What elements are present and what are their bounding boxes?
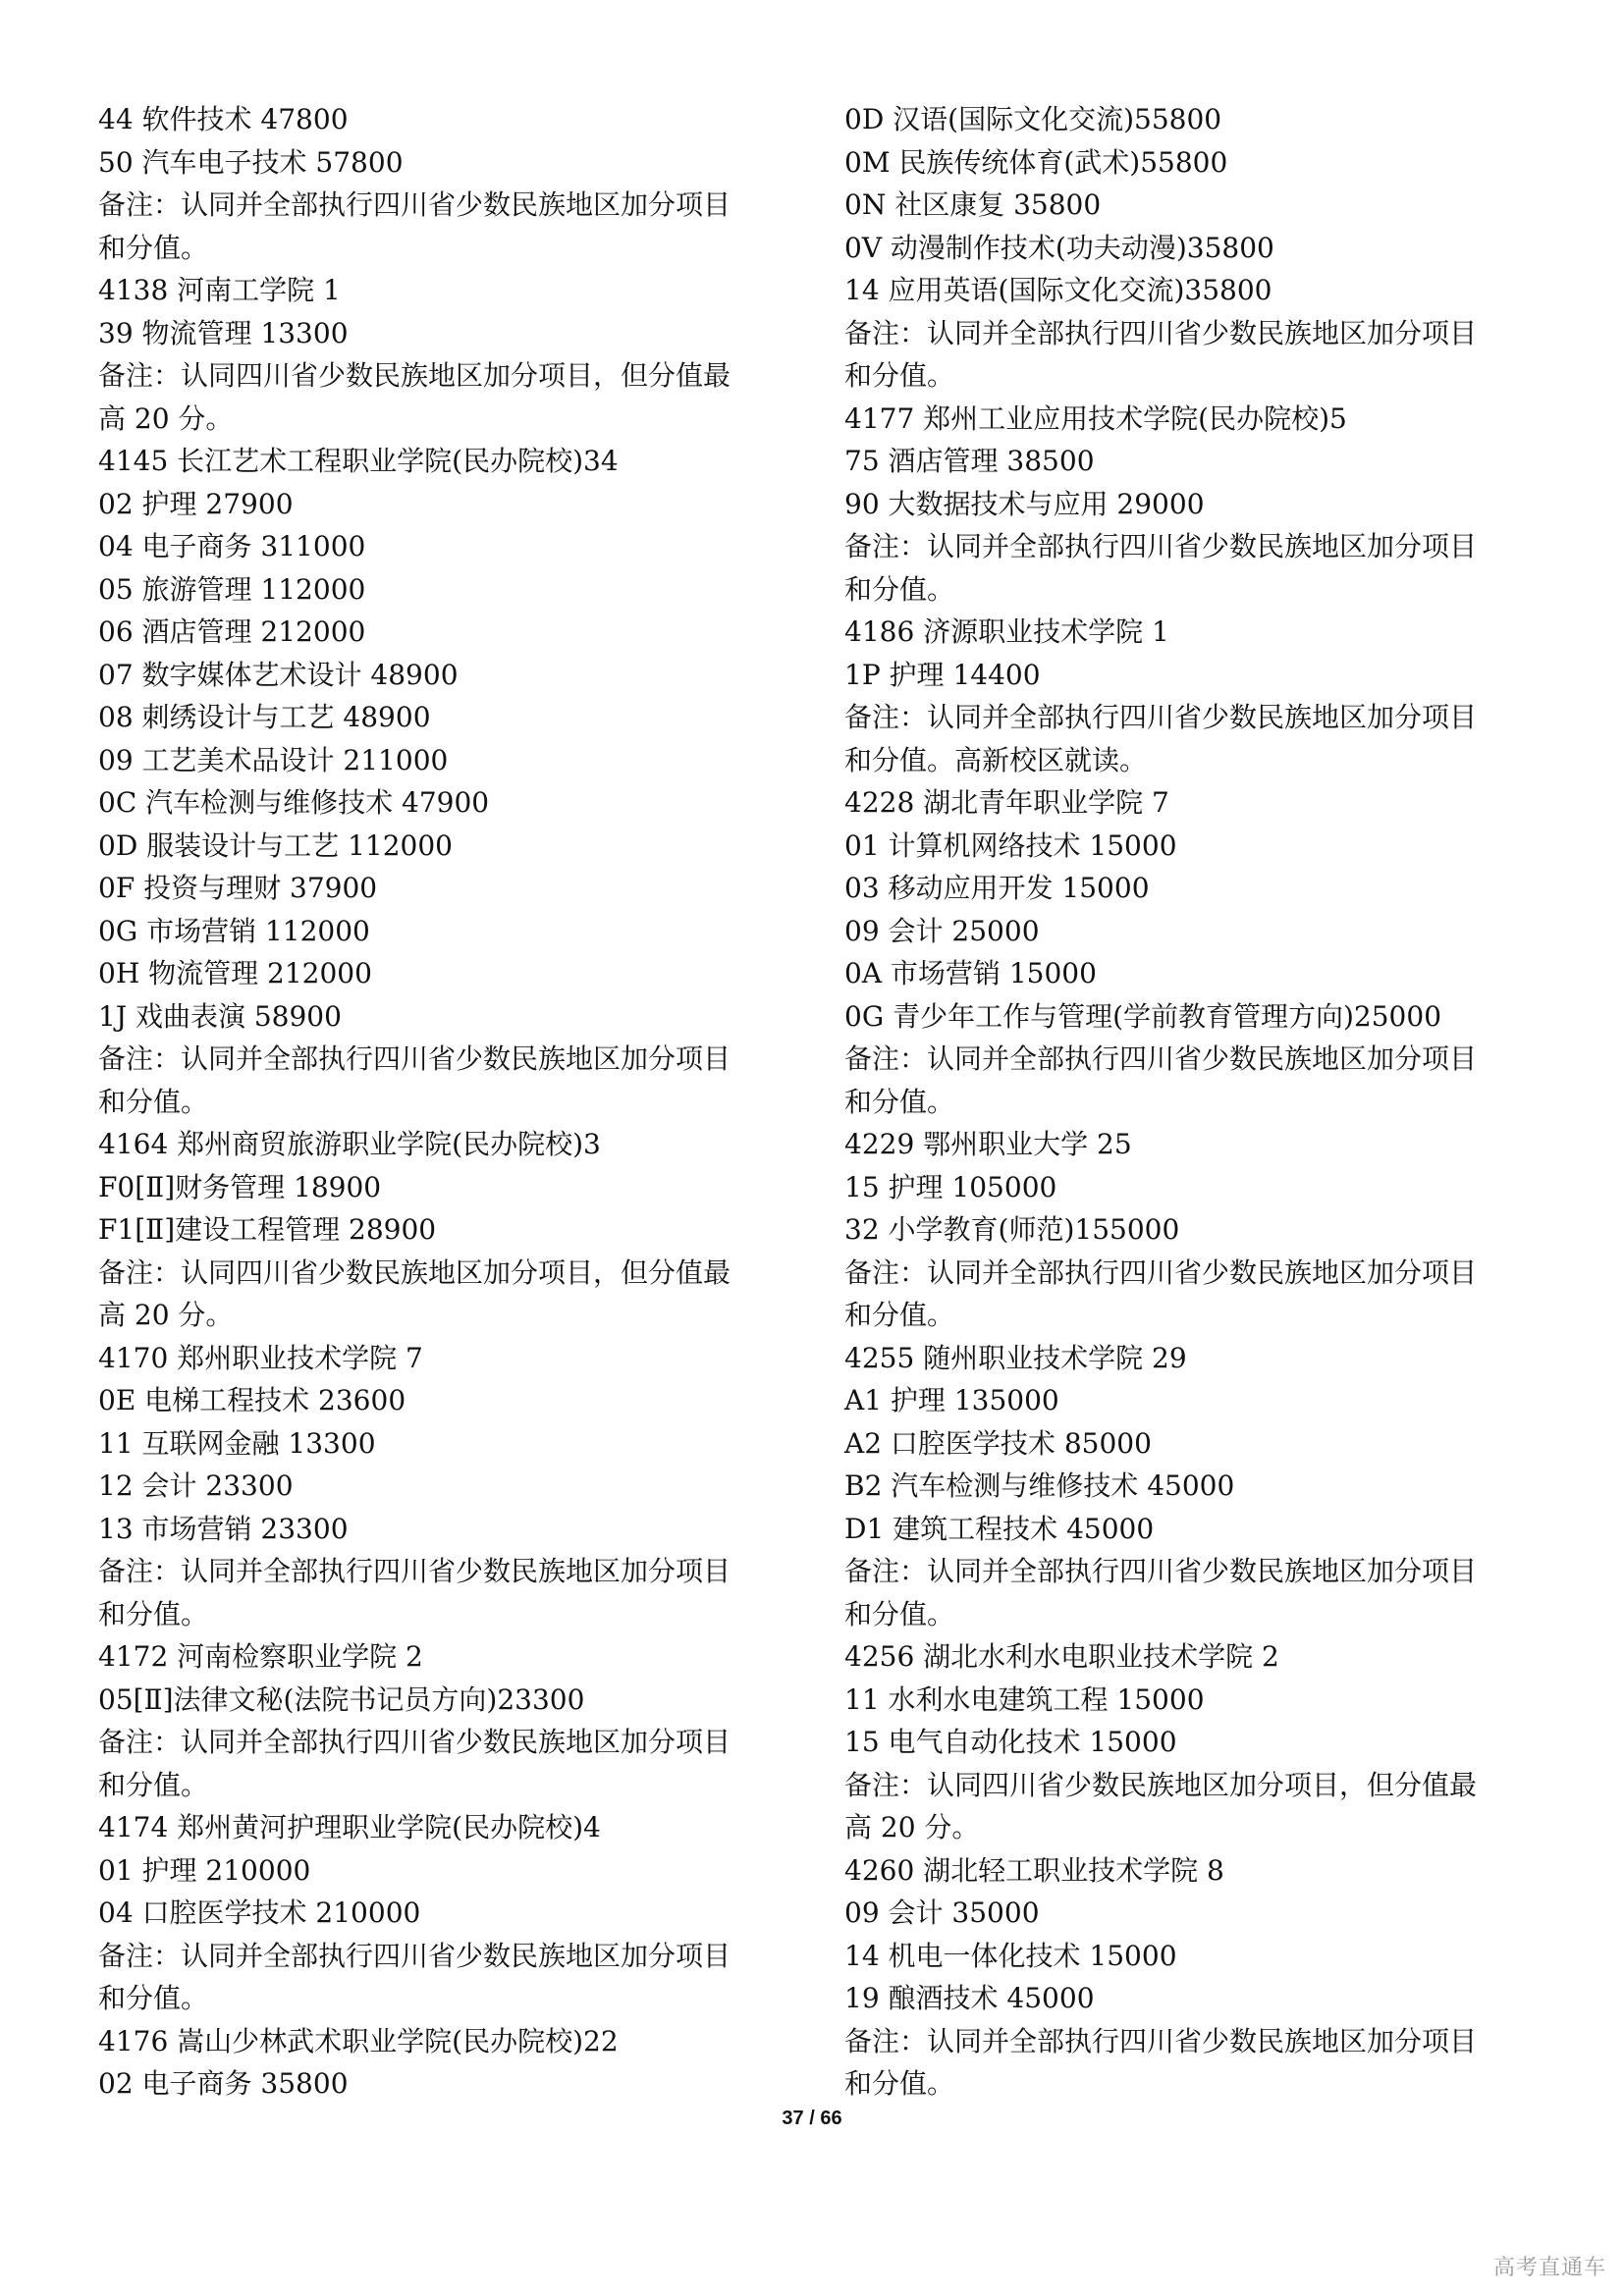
text-line: 和分值。 bbox=[844, 568, 1551, 612]
right-column: 0D 汉语(国际文化交流)558000M 民族传统体育(武术)558000N 社… bbox=[844, 98, 1551, 2106]
text-line: 09 工艺美术品设计 211000 bbox=[98, 739, 805, 782]
text-line: 和分值。 bbox=[98, 1977, 805, 2020]
text-line: 备注：认同四川省少数民族地区加分项目，但分值最 bbox=[844, 1764, 1551, 1807]
text-line: 备注：认同并全部执行四川省少数民族地区加分项目 bbox=[844, 1252, 1551, 1295]
text-line: 4229 鄂州职业大学 25 bbox=[844, 1123, 1551, 1166]
document-page: 44 软件技术 4780050 汽车电子技术 57800备注：认同并全部执行四川… bbox=[0, 0, 1624, 2296]
text-line: 备注：认同并全部执行四川省少数民族地区加分项目 bbox=[844, 312, 1551, 355]
text-line: 备注：认同四川省少数民族地区加分项目，但分值最 bbox=[98, 354, 805, 398]
text-line: 19 酿酒技术 45000 bbox=[844, 1977, 1551, 2020]
text-line: 04 口腔医学技术 210000 bbox=[98, 1892, 805, 1935]
text-line: 备注：认同并全部执行四川省少数民族地区加分项目 bbox=[844, 2020, 1551, 2063]
text-line: 50 汽车电子技术 57800 bbox=[98, 141, 805, 185]
text-line: 15 电气自动化技术 15000 bbox=[844, 1721, 1551, 1764]
text-line: 4172 河南检察职业学院 2 bbox=[98, 1635, 805, 1679]
text-line: 4174 郑州黄河护理职业学院(民办院校)4 bbox=[98, 1806, 805, 1849]
text-line: 4186 济源职业技术学院 1 bbox=[844, 611, 1551, 654]
text-line: 0G 青少年工作与管理(学前教育管理方向)25000 bbox=[844, 995, 1551, 1039]
text-line: 和分值。高新校区就读。 bbox=[844, 739, 1551, 782]
text-line: 0F 投资与理财 37900 bbox=[98, 867, 805, 910]
text-line: 4228 湖北青年职业学院 7 bbox=[844, 781, 1551, 825]
text-line: 11 互联网金融 13300 bbox=[98, 1422, 805, 1466]
text-line: 02 电子商务 35800 bbox=[98, 2062, 805, 2106]
text-line: 和分值。 bbox=[98, 1081, 805, 1124]
text-line: 07 数字媒体艺术设计 48900 bbox=[98, 654, 805, 697]
text-line: 02 护理 27900 bbox=[98, 483, 805, 526]
text-line: 13 市场营销 23300 bbox=[98, 1508, 805, 1551]
text-line: F1[Ⅱ]建设工程管理 28900 bbox=[98, 1208, 805, 1252]
text-line: 11 水利水电建筑工程 15000 bbox=[844, 1679, 1551, 1722]
text-line: A1 护理 135000 bbox=[844, 1379, 1551, 1422]
text-line: 0D 汉语(国际文化交流)55800 bbox=[844, 98, 1551, 141]
text-line: 0D 服装设计与工艺 112000 bbox=[98, 825, 805, 868]
text-line: 4256 湖北水利水电职业技术学院 2 bbox=[844, 1635, 1551, 1679]
text-line: 备注：认同四川省少数民族地区加分项目，但分值最 bbox=[98, 1252, 805, 1295]
text-line: 高 20 分。 bbox=[844, 1806, 1551, 1849]
text-line: 14 应用英语(国际文化交流)35800 bbox=[844, 269, 1551, 312]
text-line: 0N 社区康复 35800 bbox=[844, 184, 1551, 227]
text-line: 09 会计 25000 bbox=[844, 910, 1551, 953]
text-line: 0E 电梯工程技术 23600 bbox=[98, 1379, 805, 1422]
watermark-logo-text: 高考直通车 bbox=[1493, 2251, 1606, 2281]
text-line: 高 20 分。 bbox=[98, 1294, 805, 1337]
text-line: 05 旅游管理 112000 bbox=[98, 568, 805, 612]
text-line: 备注：认同并全部执行四川省少数民族地区加分项目 bbox=[98, 1721, 805, 1764]
text-line: 4170 郑州职业技术学院 7 bbox=[98, 1337, 805, 1380]
left-column: 44 软件技术 4780050 汽车电子技术 57800备注：认同并全部执行四川… bbox=[98, 98, 805, 2106]
text-line: 和分值。 bbox=[844, 354, 1551, 398]
text-line: 75 酒店管理 38500 bbox=[844, 440, 1551, 483]
text-line: 14 机电一体化技术 15000 bbox=[844, 1935, 1551, 1978]
text-line: 备注：认同并全部执行四川省少数民族地区加分项目 bbox=[98, 1038, 805, 1081]
text-line: 12 会计 23300 bbox=[98, 1465, 805, 1508]
text-line: 备注：认同并全部执行四川省少数民族地区加分项目 bbox=[844, 1038, 1551, 1081]
text-line: 1J 戏曲表演 58900 bbox=[98, 995, 805, 1039]
text-line: 32 小学教育(师范)155000 bbox=[844, 1208, 1551, 1252]
text-line: 高 20 分。 bbox=[98, 398, 805, 441]
text-line: 09 会计 35000 bbox=[844, 1892, 1551, 1935]
text-line: 0H 物流管理 212000 bbox=[98, 952, 805, 995]
text-line: 和分值。 bbox=[844, 1294, 1551, 1337]
text-line: 和分值。 bbox=[844, 1081, 1551, 1124]
text-line: 01 计算机网络技术 15000 bbox=[844, 825, 1551, 868]
text-line: 备注：认同并全部执行四川省少数民族地区加分项目 bbox=[844, 525, 1551, 568]
text-line: 4260 湖北轻工职业技术学院 8 bbox=[844, 1849, 1551, 1893]
text-line: 44 软件技术 47800 bbox=[98, 98, 805, 141]
text-line: 0M 民族传统体育(武术)55800 bbox=[844, 141, 1551, 185]
text-line: A2 口腔医学技术 85000 bbox=[844, 1422, 1551, 1466]
text-line: 0C 汽车检测与维修技术 47900 bbox=[98, 781, 805, 825]
text-line: 4164 郑州商贸旅游职业学院(民办院校)3 bbox=[98, 1123, 805, 1166]
text-line: D1 建筑工程技术 45000 bbox=[844, 1508, 1551, 1551]
text-line: B2 汽车检测与维修技术 45000 bbox=[844, 1465, 1551, 1508]
text-line: 备注：认同并全部执行四川省少数民族地区加分项目 bbox=[98, 1935, 805, 1978]
text-line: 90 大数据技术与应用 29000 bbox=[844, 483, 1551, 526]
text-line: 03 移动应用开发 15000 bbox=[844, 867, 1551, 910]
text-line: 0G 市场营销 112000 bbox=[98, 910, 805, 953]
text-line: 和分值。 bbox=[98, 1764, 805, 1807]
text-line: 05[Ⅱ]法律文秘(法院书记员方向)23300 bbox=[98, 1679, 805, 1722]
text-line: 和分值。 bbox=[844, 2062, 1551, 2106]
text-line: 0A 市场营销 15000 bbox=[844, 952, 1551, 995]
text-line: 和分值。 bbox=[98, 1593, 805, 1636]
page-number: 37 / 66 bbox=[0, 2108, 1624, 2130]
text-line: 4138 河南工学院 1 bbox=[98, 269, 805, 312]
text-line: 06 酒店管理 212000 bbox=[98, 611, 805, 654]
text-line: 备注：认同并全部执行四川省少数民族地区加分项目 bbox=[844, 1550, 1551, 1593]
text-line: 15 护理 105000 bbox=[844, 1166, 1551, 1209]
text-line: 4255 随州职业技术学院 29 bbox=[844, 1337, 1551, 1380]
text-line: 1P 护理 14400 bbox=[844, 654, 1551, 697]
text-line: 08 刺绣设计与工艺 48900 bbox=[98, 696, 805, 739]
text-line: 39 物流管理 13300 bbox=[98, 312, 805, 355]
text-line: 4176 嵩山少林武术职业学院(民办院校)22 bbox=[98, 2020, 805, 2063]
text-line: 备注：认同并全部执行四川省少数民族地区加分项目 bbox=[98, 1550, 805, 1593]
text-line: 和分值。 bbox=[844, 1593, 1551, 1636]
text-line: 0V 动漫制作技术(功夫动漫)35800 bbox=[844, 227, 1551, 270]
text-line: 4177 郑州工业应用技术学院(民办院校)5 bbox=[844, 398, 1551, 441]
text-line: 备注：认同并全部执行四川省少数民族地区加分项目 bbox=[844, 696, 1551, 739]
text-line: F0[Ⅱ]财务管理 18900 bbox=[98, 1166, 805, 1209]
text-line: 备注：认同并全部执行四川省少数民族地区加分项目 bbox=[98, 184, 805, 227]
text-line: 4145 长江艺术工程职业学院(民办院校)34 bbox=[98, 440, 805, 483]
text-line: 01 护理 210000 bbox=[98, 1849, 805, 1893]
text-line: 04 电子商务 311000 bbox=[98, 525, 805, 568]
text-line: 和分值。 bbox=[98, 227, 805, 270]
